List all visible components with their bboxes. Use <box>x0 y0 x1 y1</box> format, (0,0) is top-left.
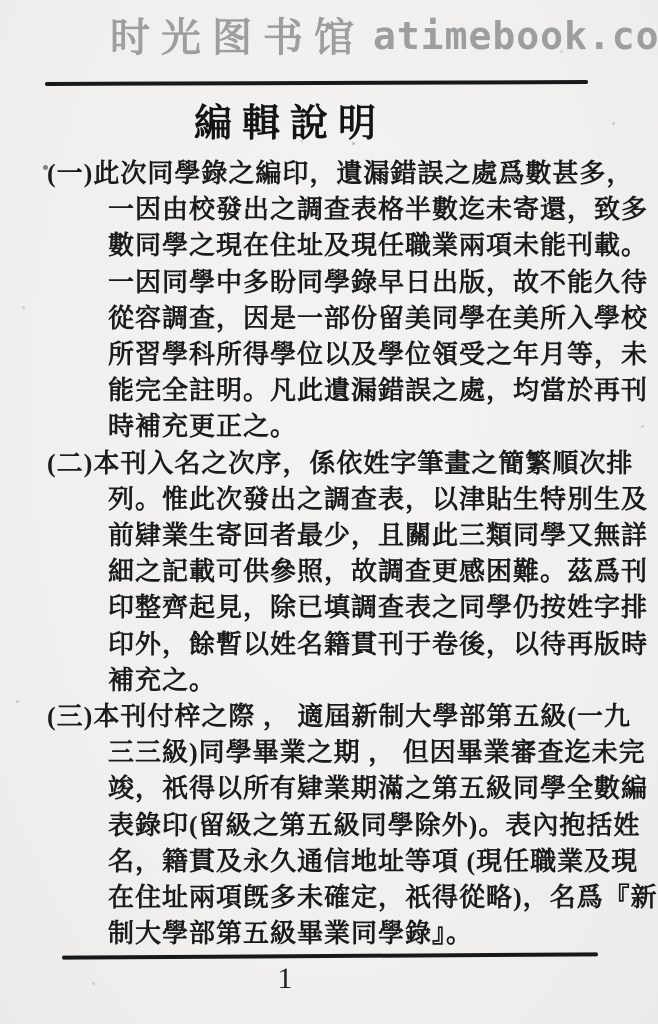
text-line: 補充之。 <box>47 663 647 699</box>
text-line: (二)本刊入名之次序，係依姓字筆畫之簡繁順次排 <box>47 446 647 482</box>
text-line: 印整齊起見，除已填調查表之同學仍按姓字排 <box>47 590 647 626</box>
text-line: 能完全註明。凡此遺漏錯誤之處，均當於再刊 <box>47 373 647 409</box>
text-line: 一因由校發出之調查表格半數迄未寄還，致多 <box>47 192 647 228</box>
text-line: 名，籍貫及永久通信地址等項 (現任職業及現 <box>47 844 647 880</box>
text-line: 細之記載可供參照，故調查更感困難。茲爲刊 <box>47 554 647 590</box>
watermark-site-name: 时光图书馆 <box>110 15 365 61</box>
bottom-rule <box>62 952 598 959</box>
top-rule <box>45 80 588 86</box>
scan-noise-specks <box>0 0 3 3</box>
text-line: 竣，祇得以所有肄業期滿之第五級同學全數編 <box>47 771 647 807</box>
scanned-book-page: 时光图书馆atimebook.co 編輯說明 (一)此次同學錄之編印，遺漏錯誤之… <box>0 0 658 1024</box>
text-line: 從容調查，因是一部份留美同學在美所入學校 <box>47 301 647 337</box>
text-line: 在住址兩項旣多未確定，祇得從略)，名爲『新 <box>47 880 647 916</box>
text-line: 印外，餘暫以姓名籍貫刊于卷後，以待再版時 <box>47 627 647 663</box>
text-line: 列。惟此次發出之調查表，以津貼生特別生及 <box>47 482 647 518</box>
text-line: (三)本刊付梓之際 ， 適屆新制大學部第五級(一九 <box>47 699 647 735</box>
page-number: 1 <box>262 962 308 996</box>
text-line: 三三級)同學畢業之期 ， 但因畢業審查迄未完 <box>47 735 647 771</box>
text-line: 所習學科所得學位以及學位領受之年月等，未 <box>47 337 647 373</box>
text-line: 數同學之現在住址及現任職業兩項未能刊載。 <box>47 228 647 264</box>
text-line: (一)此次同學錄之編印，遺漏錯誤之處爲數甚多， <box>47 156 647 192</box>
document-body: (一)此次同學錄之編印，遺漏錯誤之處爲數甚多， 一因由校發出之調查表格半數迄未寄… <box>47 156 647 952</box>
text-line: 前肄業生寄回者最少，且關此三類同學又無詳 <box>47 518 647 554</box>
watermark: 时光图书馆atimebook.co <box>110 6 658 63</box>
text-line: 制大學部第五級畢業同學錄』。 <box>47 916 647 952</box>
text-line: 表錄印(留級之第五級同學除外)。表內抱括姓 <box>47 808 647 844</box>
page-title: 編輯說明 <box>194 92 386 147</box>
watermark-site-url: atimebook.co <box>373 14 658 58</box>
text-line: 時補充更正之。 <box>47 409 647 445</box>
text-line: 一因同學中多盼同學錄早日出版，故不能久待 <box>47 265 647 301</box>
